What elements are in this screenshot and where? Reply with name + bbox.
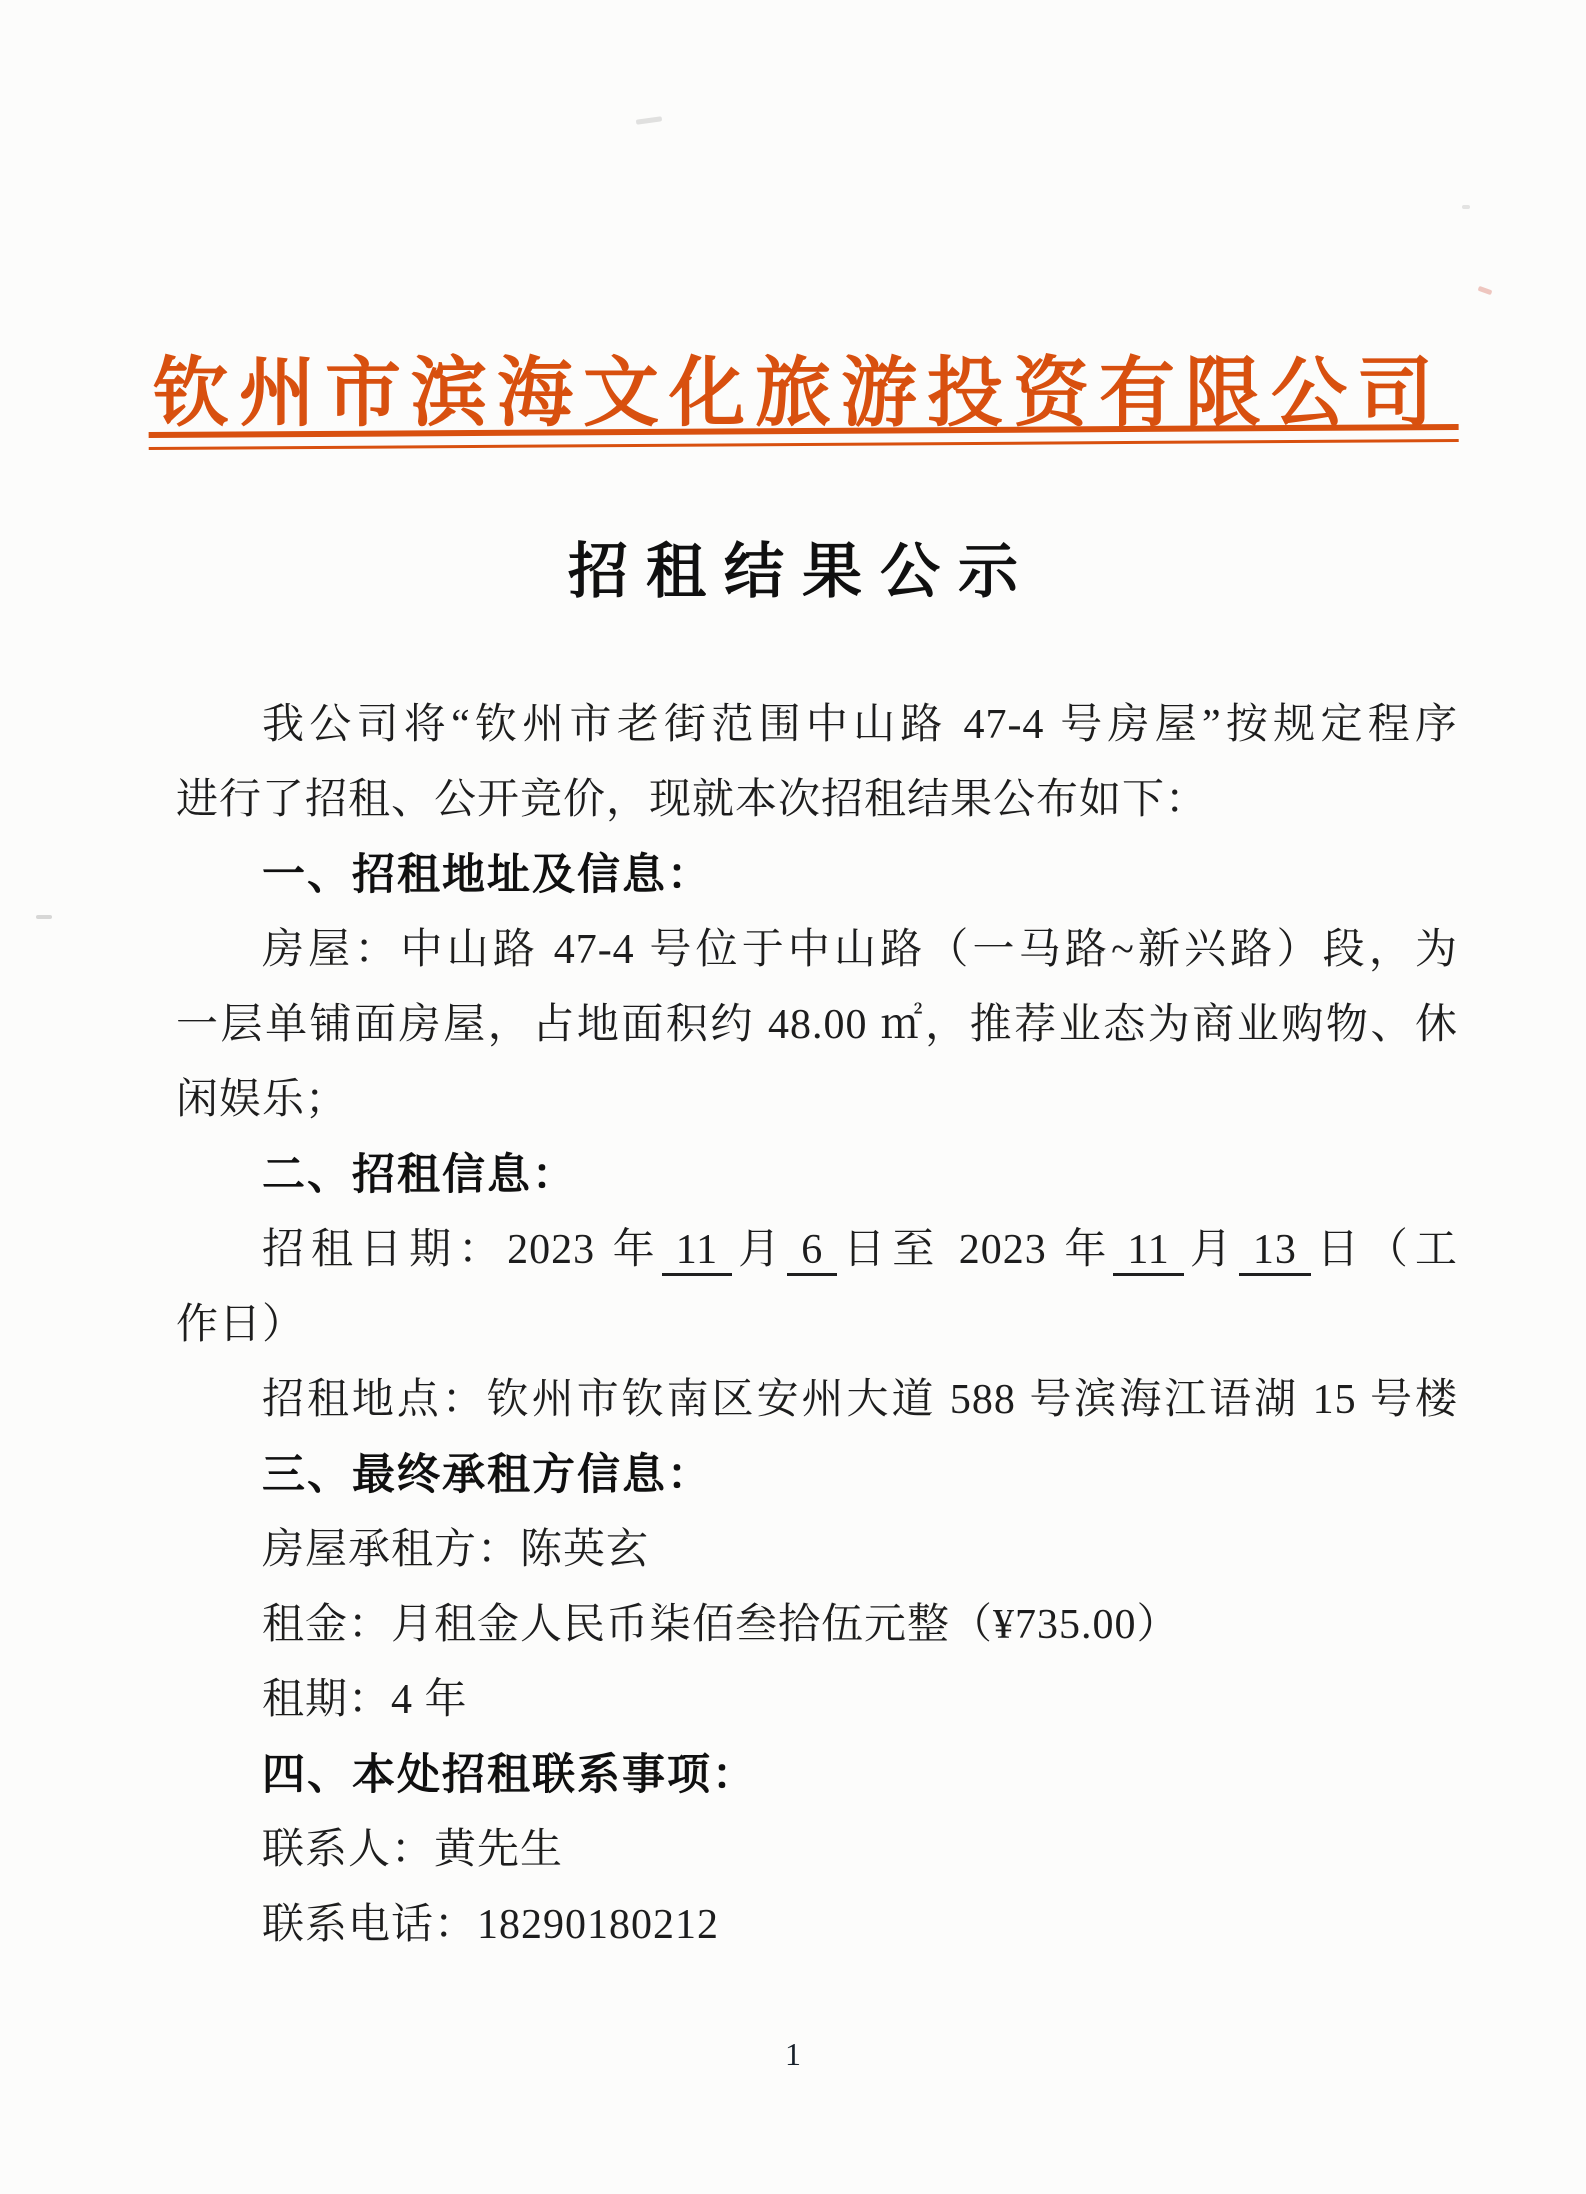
tenant-line: 房屋承租方：陈英玄 [176,1513,1458,1588]
rental-date-line: 招租日期：2023 年11月6日至 2023 年11月13日（工 [176,1213,1458,1288]
scan-speck [36,915,52,919]
page-number: 1 [0,2036,1586,2073]
rental-start-month: 11 [662,1227,732,1276]
property-line-1: 房屋：中山路 47-4 号位于中山路（一马路~新兴路）段，为 [176,913,1458,988]
contact-person-line: 联系人：黄先生 [176,1813,1458,1888]
scan-speck [1462,205,1470,209]
rental-date-mid: 日至 2023 年 [837,1227,1113,1273]
rental-end-day: 13 [1239,1227,1311,1276]
section-2-heading: 二、招租信息： [176,1138,1458,1213]
rent-line: 租金：月租金人民币柒佰叁拾伍元整（¥735.00） [176,1588,1458,1663]
rental-date-sep-1: 月 [732,1227,787,1273]
scan-speck [636,116,662,125]
term-line: 租期：4 年 [176,1663,1458,1738]
intro-line-1: 我公司将“钦州市老街范围中山路 47-4 号房屋”按规定程序 [176,688,1458,763]
rental-end-month: 11 [1113,1227,1183,1276]
rental-date-prefix: 招租日期：2023 年 [262,1227,662,1273]
document-title: 招租结果公示 [0,524,1586,610]
rental-date-suffix: 日（工 [1311,1227,1458,1273]
document-body: 我公司将“钦州市老街范围中山路 47-4 号房屋”按规定程序 进行了招租、公开竞… [176,688,1458,1963]
rental-start-day: 6 [787,1227,837,1276]
property-line-2: 一层单铺面房屋，占地面积约 48.00 ㎡，推荐业态为商业购物、休 [176,988,1458,1063]
section-3-heading: 三、最终承租方信息： [176,1438,1458,1513]
scan-speck [1478,286,1493,295]
rental-date-line-cont: 作日） [176,1288,1458,1363]
property-line-3: 闲娱乐； [176,1063,1458,1138]
section-1-heading: 一、招租地址及信息： [176,838,1458,913]
rental-date-sep-2: 月 [1184,1227,1239,1273]
rental-location-line: 招租地点：钦州市钦南区安州大道 588 号滨海江语湖 15 号楼 [176,1363,1458,1438]
section-4-heading: 四、本处招租联系事项： [176,1738,1458,1813]
contact-phone-line: 联系电话：18290180212 [176,1888,1458,1963]
intro-line-2: 进行了招租、公开竞价，现就本次招租结果公布如下： [176,763,1458,838]
letterhead-divider [146,0,1456,4]
